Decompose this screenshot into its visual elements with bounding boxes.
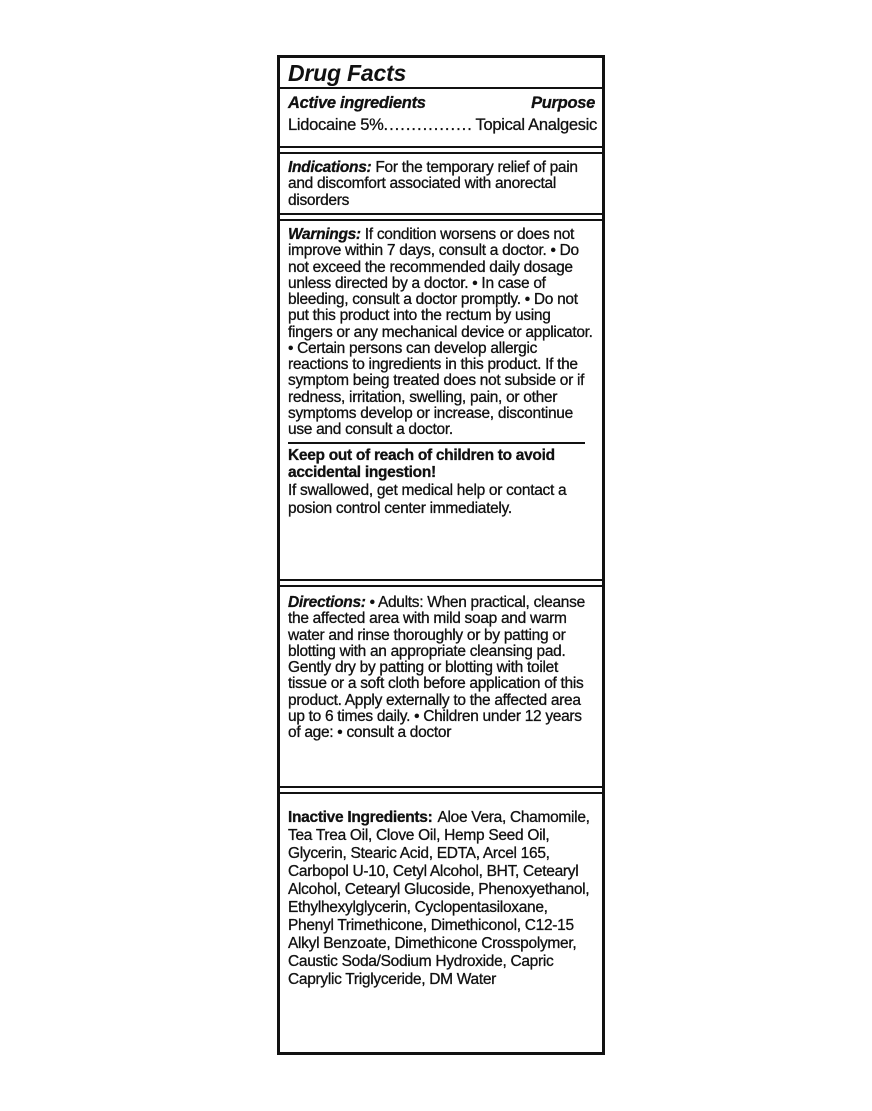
drug-facts-title: Drug Facts [280, 58, 602, 89]
section-divider [280, 579, 602, 587]
keep-out-text: If swallowed, get medical help or contac… [288, 482, 597, 518]
directions-text: • Adults: When practical, cleanse the af… [288, 594, 585, 741]
ingredient-row: Lidocaine 5% ................ Topical An… [288, 117, 597, 134]
active-ingredients-heading: Active ingredients [288, 95, 426, 112]
active-ingredients-header-row: Active ingredients Purpose [288, 95, 597, 112]
purpose-heading: Purpose [531, 95, 595, 112]
indications-heading: Indications: [288, 159, 371, 176]
active-ingredients-section: Active ingredients Purpose Lidocaine 5% … [280, 89, 602, 146]
inactive-ingredients-text: Aloe Vera, Chamomile, Tea Trea Oil, Clov… [288, 809, 590, 988]
drug-facts-label: Drug Facts Active ingredients Purpose Li… [277, 55, 605, 1055]
leader-dots: ................ [383, 117, 475, 134]
directions-heading: Directions: [288, 594, 366, 611]
warnings-text: If condition worsens or does not improve… [288, 226, 593, 438]
warnings-section: Warnings:If condition worsens or does no… [280, 221, 602, 579]
section-divider [280, 146, 602, 154]
inactive-ingredients-section: Inactive Ingredients:Aloe Vera, Chamomil… [280, 794, 602, 1052]
section-divider [280, 213, 602, 221]
indications-section: Indications:For the temporary relief of … [280, 154, 602, 213]
inactive-ingredients-heading: Inactive Ingredients: [288, 809, 432, 826]
directions-section: Directions:• Adults: When practical, cle… [280, 587, 602, 786]
section-divider [280, 786, 602, 794]
keep-out-rule [288, 442, 585, 444]
ingredient-name: Lidocaine 5% [288, 117, 383, 134]
keep-out-heading: Keep out of reach of children to avoid a… [288, 448, 597, 481]
ingredient-purpose: Topical Analgesic [476, 117, 597, 134]
warnings-heading: Warnings: [288, 226, 361, 243]
